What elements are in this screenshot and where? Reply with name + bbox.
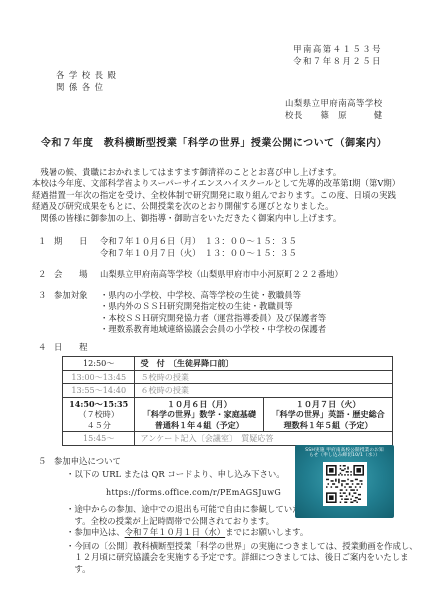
tuesday-class: 「科学の世界」英語・歴史総合: [269, 409, 387, 420]
application-bullet-future-wrap: ・今回の〔公開〕教科横断型授業「科学の世界」の実施につきましては、授業動画を作成…: [66, 541, 421, 576]
row-time-block: 14:50～15:35 （７校時） ４５分: [63, 397, 135, 432]
body-paragraphs: 残暑の候、貴職におかれましてはますます御清祥のこととお喜び申し上げます。 本校は…: [32, 167, 396, 225]
recipient-line-2: 関係各位: [56, 82, 396, 94]
sections: １ 期 日 令和７年１０月６日（月） １３：００～１５：３５ 令和７年１０月７日…: [38, 236, 396, 575]
deadline-suffix: までにお願いします。: [225, 527, 308, 537]
section-date-content: 令和７年１０月６日（月） １３：００～１５：３５ 令和７年１０月７日（火） １３…: [100, 236, 396, 259]
deadline-prefix: ・参加申込は、: [66, 527, 125, 537]
recipient-block: 各学校長殿 関係各位: [56, 70, 396, 93]
document-title: 令和７年度 教科横断型授業「科学の世界」授業公開について（御案内）: [32, 138, 396, 150]
participants-bullet-2: ・県内外のＳＳＨ研究開発指定校の生徒・教職員等: [100, 301, 396, 313]
participants-bullet-1: ・県内の小学校、中学校、高等学校の生徒・教職員等: [100, 290, 396, 302]
qr-caption-line-2: らせ（申し込み締切10/1（水））: [295, 453, 394, 459]
section-date: １ 期 日 令和７年１０月６日（月） １３：００～１５：３５ 令和７年１０月７日…: [38, 236, 396, 259]
tuesday-group: 理数科１年５組（予定）: [269, 420, 387, 431]
sender-principal: 校長 篠 原 健: [285, 110, 396, 122]
tuesday-cell: １０月７日（火） 「科学の世界」英語・歴史総合 理数科１年５組（予定）: [264, 397, 393, 432]
qr-panel: SSH実施 甲府南高校公開授業のお知 らせ（申し込み締切10/1（水））: [295, 445, 394, 518]
section-date-label: 期 日: [54, 236, 100, 248]
section-schedule-label: 日 程: [54, 342, 100, 354]
participants-bullet-4: ・理数系教育地域連絡協議会会員の小学校・中学校の保護者: [100, 324, 396, 336]
sender-block: 山梨県立甲府南高等学校 校長 篠 原 健: [285, 98, 396, 121]
row-content: アンケート記入〔会議室〕 質疑応答: [135, 432, 393, 446]
application-form-url[interactable]: https://forms.office.com/r/PEmAGSJuwG: [106, 487, 281, 499]
monday-date: １０月６日（月）: [140, 399, 258, 410]
participants-bullet-3: ・本校ＳＳＨ研究開発協力者（運営指導委員）及び保護者等: [100, 313, 396, 325]
qr-code-icon: [323, 462, 367, 506]
date-line-1: 令和７年１０月６日（月） １３：００～１５：３５: [100, 236, 396, 248]
deadline-date: 令和７年１０月１日（水）: [125, 527, 226, 537]
table-row: 12:50～ 受 付 〔生徒昇降口前〕: [63, 357, 393, 371]
section-application-number: ５: [38, 456, 54, 468]
sender-school: 山梨県立甲府南高等学校: [285, 98, 396, 110]
body-paragraph-1: 残暑の候、貴職におかれましてはますます御清祥のこととお喜び申し上げます。: [32, 167, 396, 179]
row-content: ６校時の授業: [135, 384, 393, 398]
section-venue-label: 会 場: [54, 269, 100, 281]
row-time-duration: ４５分: [68, 420, 129, 431]
row-time: 15:45～: [63, 432, 135, 446]
section-schedule: ４ 日 程: [38, 342, 396, 354]
table-row: 14:50～15:35 （７校時） ４５分 １０月６日（月） 「科学の世界」数学…: [63, 397, 393, 432]
section-schedule-number: ４: [38, 342, 54, 354]
schedule-table: 12:50～ 受 付 〔生徒昇降口前〕 13:00～13:45 ５校時の授業 1…: [62, 356, 393, 446]
body-paragraph-2: 本校は今年度、文部科学省よりスーパーサイエンスハイスクールとして先導的改革第Ⅰ期…: [32, 178, 396, 213]
table-row: 15:45～ アンケート記入〔会議室〕 質疑応答: [63, 432, 393, 446]
monday-group: 普通科１年４組（予定）: [140, 420, 258, 431]
body-paragraph-3: 関係の皆様に御参加の上、御指導・御助言をいただきたく御案内申し上げます。: [32, 213, 396, 225]
row-time: 13:00～13:45: [63, 370, 135, 384]
section-participants: ３ 参加対象 ・県内の小学校、中学校、高等学校の生徒・教職員等 ・県内外のＳＳＨ…: [38, 290, 396, 336]
row-time-main: 14:50～15:35: [68, 399, 129, 410]
monday-class: 「科学の世界」数学・家庭基礎: [140, 409, 258, 420]
row-time: 13:55～14:40: [63, 384, 135, 398]
row-content: ５校時の授業: [135, 370, 393, 384]
section-participants-number: ３: [38, 290, 54, 302]
monday-cell: １０月６日（月） 「科学の世界」数学・家庭基礎 普通科１年４組（予定）: [135, 397, 264, 432]
doc-number: 甲南高第４１５３号: [32, 44, 382, 56]
date-line-2: 令和７年１０月７日（火） １３：００～１５：３５: [100, 248, 396, 260]
row-time: 12:50～: [63, 357, 135, 371]
venue-text: 山梨県立甲府南高等学校（山梨県甲府市中小河原町２２２番地）: [100, 269, 396, 281]
table-row: 13:55～14:40 ６校時の授業: [63, 384, 393, 398]
section-date-number: １: [38, 236, 54, 248]
row-time-period: （７校時）: [68, 409, 129, 420]
application-bullet-future: ・今回の〔公開〕教科横断型授業「科学の世界」の実施につきましては、授業動画を作成…: [66, 541, 421, 576]
section-venue: ２ 会 場 山梨県立甲府南高等学校（山梨県甲府市中小河原町２２２番地）: [38, 269, 396, 281]
participants-bullets: ・県内の小学校、中学校、高等学校の生徒・教職員等 ・県内外のＳＳＨ研究開発指定校…: [100, 290, 396, 336]
section-application: ５ 参加申込について ・以下の URL または QR コードより、申し込み下さい…: [38, 456, 396, 576]
doc-date: 令和７年８月２５日: [32, 56, 382, 68]
document-page: 甲南高第４１５３号 令和７年８月２５日 各学校長殿 関係各位 山梨県立甲府南高等…: [0, 0, 424, 600]
qr-caption: SSH実施 甲府南高校公開授業のお知 らせ（申し込み締切10/1（水））: [295, 448, 394, 460]
doc-number-block: 甲南高第４１５３号 令和７年８月２５日: [32, 44, 396, 67]
application-bullet-deadline: ・参加申込は、令和７年１０月１日（水）までにお願いします。: [66, 527, 358, 539]
row-content: 受 付 〔生徒昇降口前〕: [135, 357, 393, 371]
table-row: 13:00～13:45 ５校時の授業: [63, 370, 393, 384]
section-participants-label: 参加対象: [54, 290, 100, 302]
recipient-line-1: 各学校長殿: [56, 70, 396, 82]
tuesday-date: １０月７日（火）: [269, 399, 387, 410]
section-venue-number: ２: [38, 269, 54, 281]
qr-code-pattern: [326, 465, 364, 503]
